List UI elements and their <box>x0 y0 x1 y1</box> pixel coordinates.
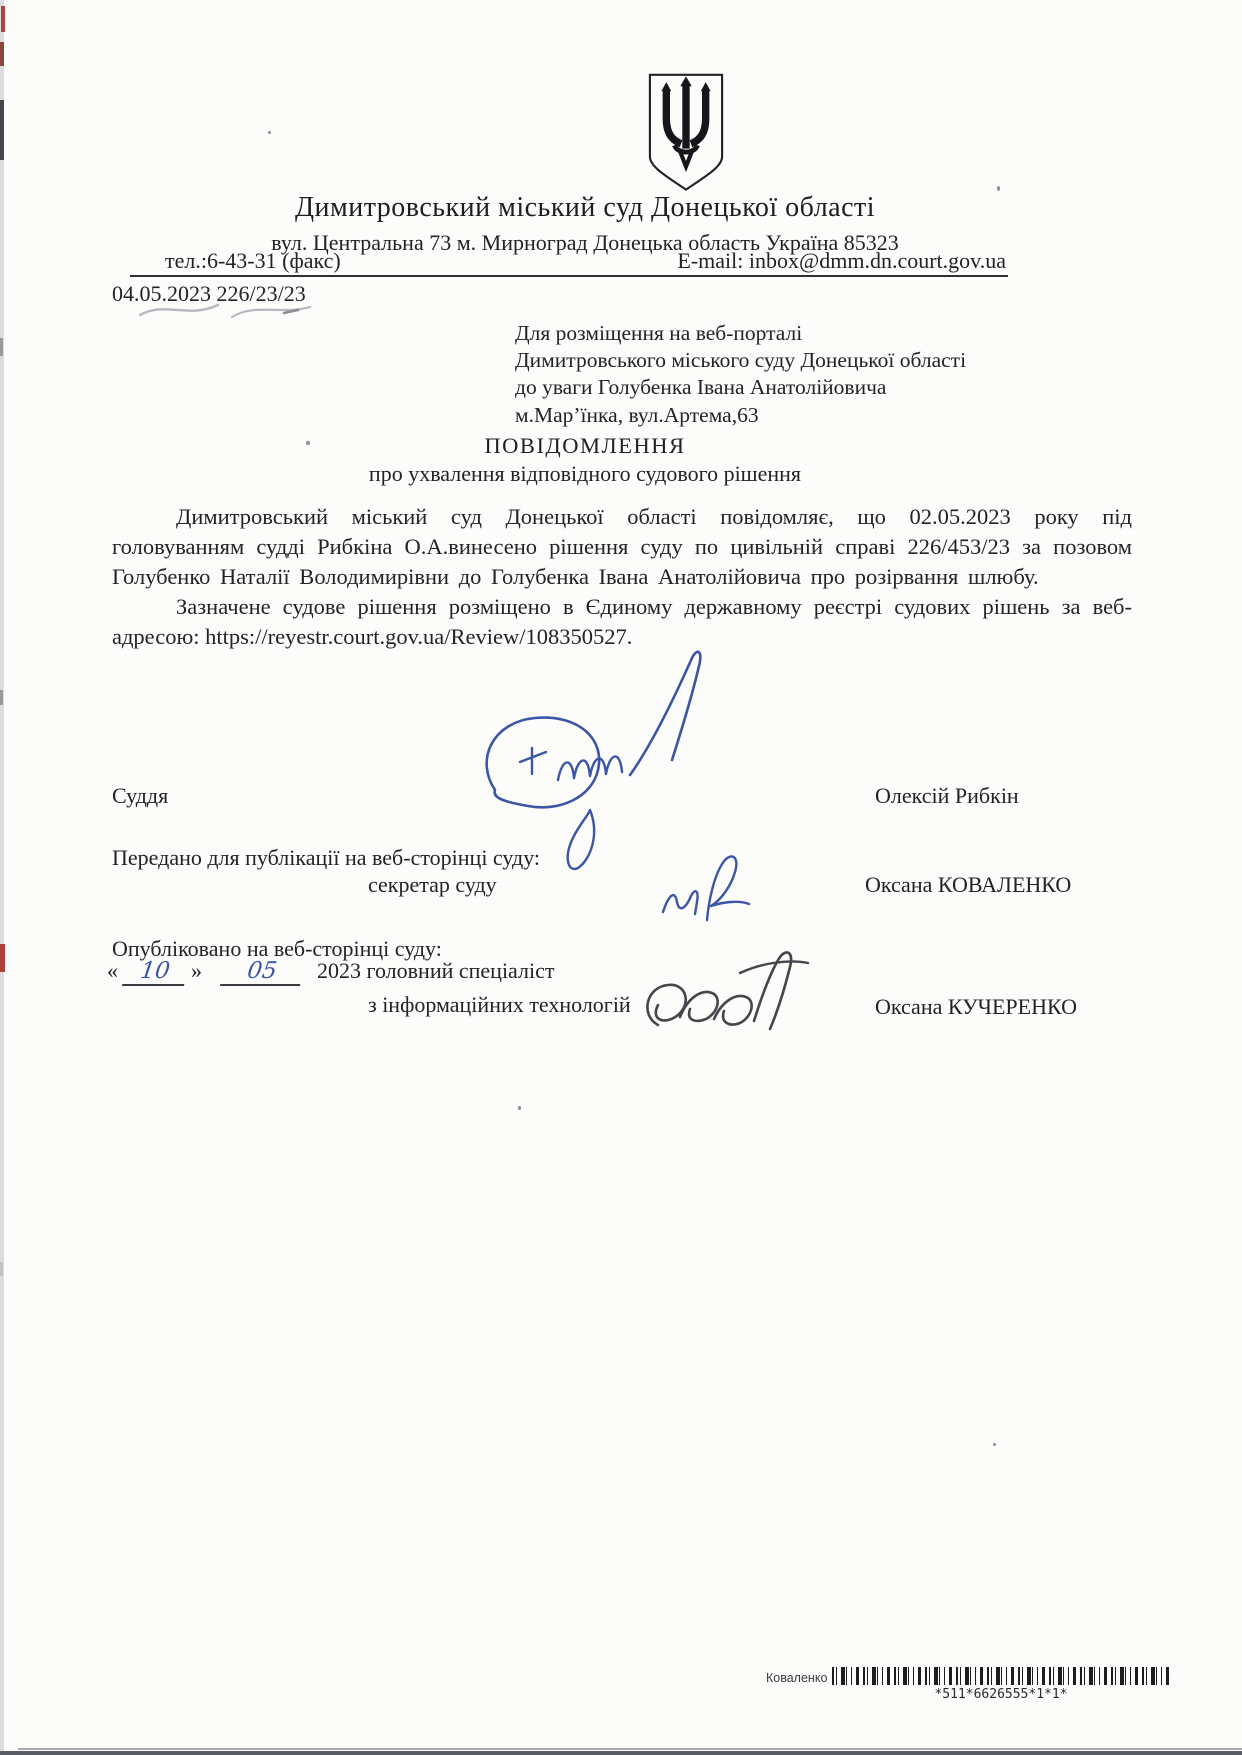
judge-name: Олексій Рибкін <box>875 783 1019 809</box>
published-suffix: 2023 головний спеціаліст <box>317 958 555 983</box>
quote-open: « <box>107 958 118 983</box>
contact-row: тел.:6-43-31 (факс) E-mail: inbox@dmm.dn… <box>130 249 1008 277</box>
scan-bottom-line <box>18 1748 1242 1750</box>
scan-bottom-edge <box>0 1751 1242 1755</box>
it-specialist-signature <box>628 945 858 1045</box>
transfer-label: Передано для публікації на веб-сторінці … <box>112 845 540 871</box>
document-subtitle: про ухвалення відповідного судового ріше… <box>105 461 1065 487</box>
scan-mark <box>0 42 4 66</box>
scan-mark <box>1 6 5 32</box>
scan-speck <box>993 1443 996 1446</box>
barcode <box>832 1667 1170 1685</box>
scan-speck <box>997 186 1000 191</box>
scan-speck <box>268 131 271 134</box>
ukraine-coat-of-arms-icon <box>645 70 727 196</box>
document-body: Димитровський міський суд Донецької обла… <box>112 502 1132 652</box>
scan-edge-strip <box>0 0 4 1755</box>
recipient-line: до уваги Голубенка Івана Анатолійовича <box>515 374 1035 401</box>
scan-mark <box>0 100 4 160</box>
barcode-code-text: *511*6626555*1*1* <box>832 1687 1170 1702</box>
scan-mark <box>0 690 3 705</box>
secretary-role: секретар суду <box>368 872 497 898</box>
secretary-name: Оксана КОВАЛЕНКО <box>865 872 1071 898</box>
it-specialist-role: з інформаційних технологій <box>368 992 631 1018</box>
handwritten-day: 10 <box>122 958 188 986</box>
secretary-signature <box>645 850 805 935</box>
judge-signature <box>440 640 780 875</box>
judge-label: Суддя <box>112 783 168 809</box>
scan-mark <box>0 1262 3 1276</box>
barcode-label: Коваленко <box>766 1671 827 1685</box>
scan-mark <box>0 944 5 972</box>
body-paragraph-1: Димитровський міський суд Донецької обла… <box>112 502 1132 592</box>
published-date-line: « 10 » 05 2023 головний спеціаліст <box>107 958 555 986</box>
court-email: E-mail: inbox@dmm.dn.court.gov.ua <box>677 248 1006 274</box>
recipient-block: Для розміщення на веб-порталі Димитровсь… <box>515 320 1035 429</box>
scan-mark <box>0 338 3 356</box>
court-name: Димитровський міський суд Донецької обла… <box>105 192 1065 224</box>
handwritten-month: 05 <box>220 958 304 986</box>
it-specialist-name: Оксана КУЧЕРЕНКО <box>875 994 1077 1020</box>
recipient-line: Для розміщення на веб-порталі <box>515 320 1035 347</box>
quote-close: » <box>191 958 202 983</box>
court-phone: тел.:6-43-31 (факс) <box>165 248 341 274</box>
recipient-line: м.Мар’їнка, вул.Артема,63 <box>515 402 1035 429</box>
scan-speck <box>518 1106 521 1110</box>
pencil-squiggle-mark <box>136 293 316 325</box>
scanned-court-notice-page: Димитровський міський суд Донецької обла… <box>0 0 1242 1755</box>
document-title: ПОВІДОМЛЕННЯ <box>105 433 1065 459</box>
recipient-line: Димитровського міського суду Донецької о… <box>515 347 1035 374</box>
